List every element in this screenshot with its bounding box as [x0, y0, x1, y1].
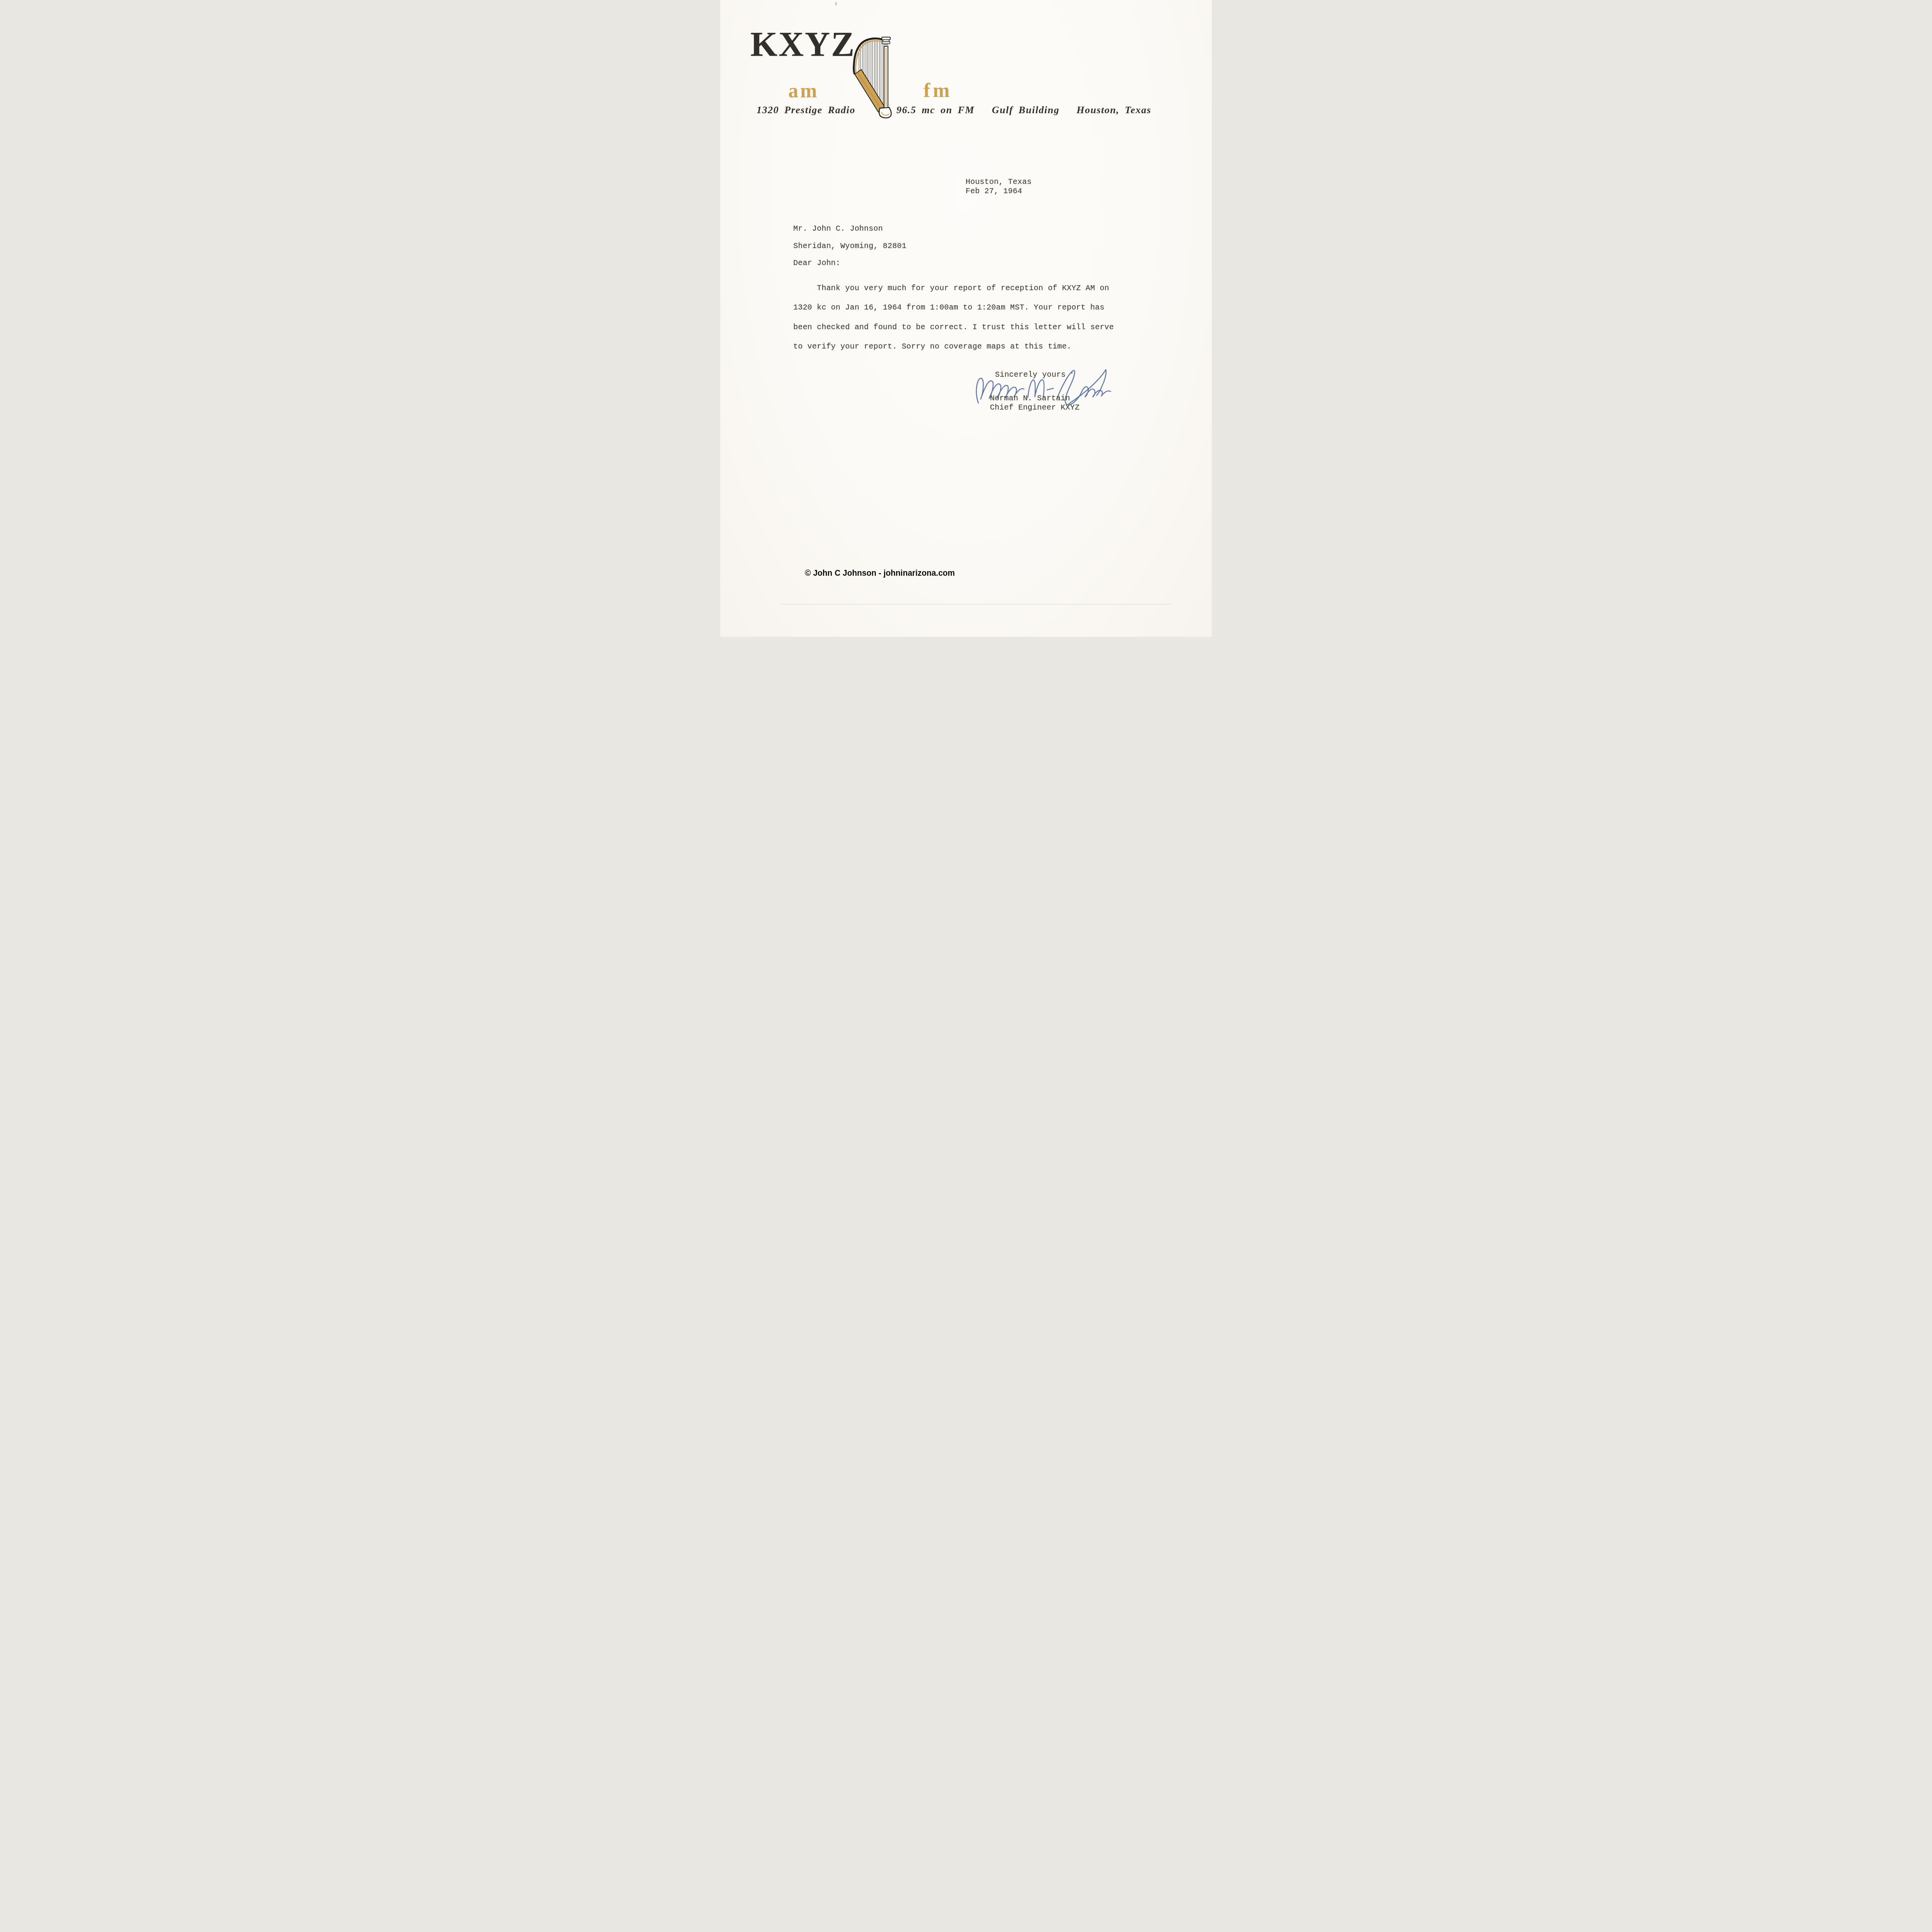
- band-fm-label: fm: [923, 81, 952, 101]
- body-line: Thank you very much for your report of r…: [793, 285, 1109, 293]
- copyright-watermark: © John C Johnson - johninarizona.com: [805, 569, 955, 577]
- station-call-letters: KXYZ: [750, 27, 855, 62]
- body-line: been checked and found to be correct. I …: [793, 324, 1114, 332]
- scan-speck: [835, 2, 837, 5]
- scan-fold-line: [781, 604, 1172, 605]
- recipient-address-line: Sheridan, Wyoming, 82801: [793, 243, 906, 250]
- letter-scan-page: KXYZ: [720, 0, 1212, 637]
- salutation-line: Dear John:: [793, 260, 840, 267]
- body-line: 1320 kc on Jan 16, 1964 from 1:00am to 1…: [793, 304, 1104, 312]
- recipient-name-line: Mr. John C. Johnson: [793, 225, 883, 233]
- body-line: to verify your report. Sorry no coverage…: [793, 343, 1071, 351]
- signer-name-line: Norman N. Sartain: [990, 395, 1070, 403]
- signer-title-line: Chief Engineer KXYZ: [990, 404, 1080, 412]
- station-building: Gulf Building: [992, 105, 1060, 115]
- date-line: Feb 27, 1964: [966, 188, 1022, 196]
- am-frequency-info: 1320 Prestige Radio: [757, 105, 855, 115]
- date-place-line: Houston, Texas: [966, 179, 1032, 186]
- fm-frequency-info: 96.5 mc on FM: [896, 105, 975, 115]
- station-city: Houston, Texas: [1077, 105, 1151, 115]
- band-am-label: am: [788, 81, 819, 101]
